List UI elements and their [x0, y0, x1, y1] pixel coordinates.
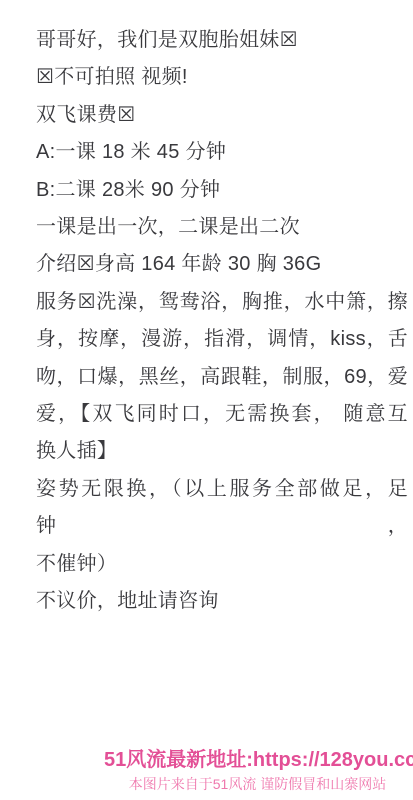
watermark: 51风流最新地址:https://128you.cc 本图片来自于51风流 谨防… — [104, 746, 411, 793]
text-content: 哥哥好，我们是双胞胎姐妹☒ ☒不可拍照 视频! 双飞课费☒ A:一课 18 米 … — [36, 22, 408, 621]
text-line: 服务☒洗澡，鸳鸯浴，胸推，水中箫，擦 — [36, 284, 408, 321]
text-line: 爱，【双飞同时口，无需换套， 随意互 — [36, 396, 408, 433]
text-line: A:一课 18 米 45 分钟 — [36, 134, 408, 171]
page: 哥哥好，我们是双胞胎姐妹☒ ☒不可拍照 视频! 双飞课费☒ A:一课 18 米 … — [0, 0, 413, 800]
watermark-url: 51风流最新地址:https://128you.cc — [104, 746, 411, 775]
text-line: 吻，口爆，黑丝，高跟鞋，制服，69，爱 — [36, 359, 408, 396]
text-line: 姿势无限换，（以上服务全部做足，足钟， — [36, 471, 408, 546]
text-line: 介绍☒身高 164 年龄 30 胸 36G — [36, 246, 408, 283]
text-line: 不议价，地址请咨询 — [36, 583, 408, 620]
text-line: 一课是出一次，二课是出二次 — [36, 209, 408, 246]
text-line: 不催钟） — [36, 546, 408, 583]
text-line: B:二课 28米 90 分钟 — [36, 172, 408, 209]
text-line: 身，按摩，漫游，指滑，调情，kiss，舌 — [36, 321, 408, 358]
watermark-note: 本图片来自于51风流 谨防假冒和山寨网站 — [104, 775, 411, 793]
text-line: 换人插】 — [36, 433, 408, 470]
text-line: 双飞课费☒ — [36, 97, 408, 134]
text-line: ☒不可拍照 视频! — [36, 59, 408, 96]
text-line: 哥哥好，我们是双胞胎姐妹☒ — [36, 22, 408, 59]
